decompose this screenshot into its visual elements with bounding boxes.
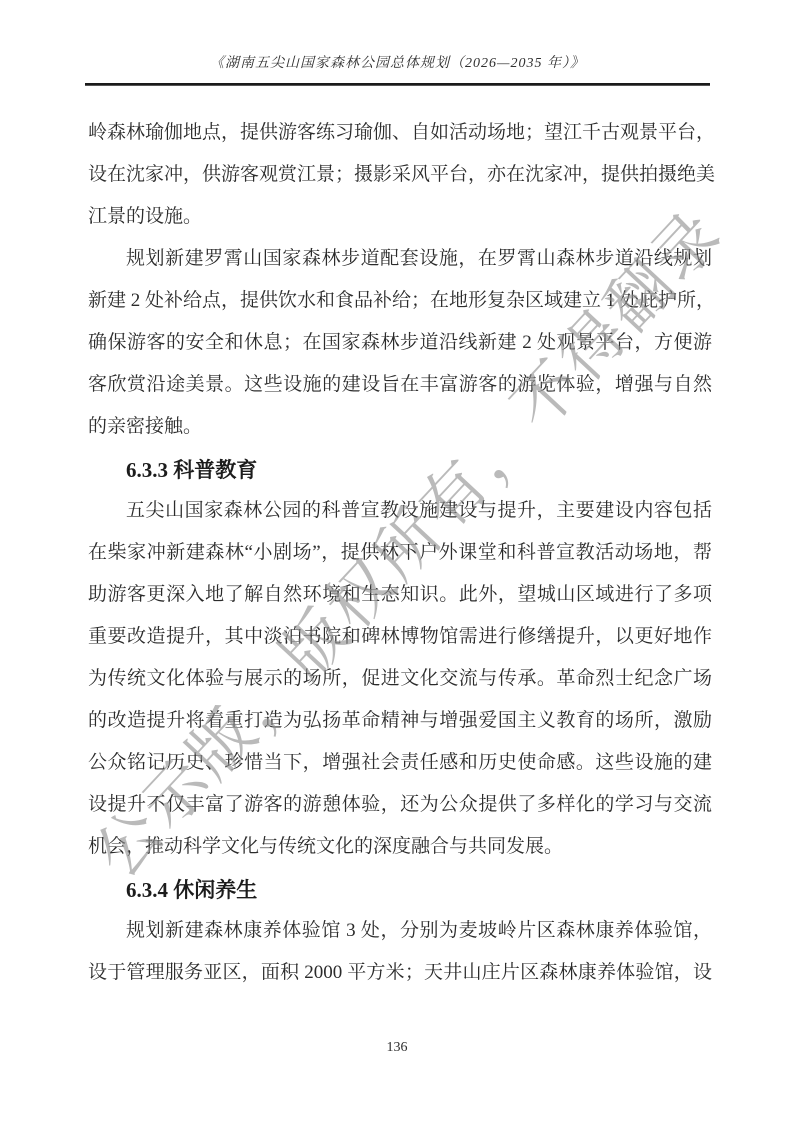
text-line: 重要改造提升，其中淡泊书院和碑林博物馆需进行修缮提升，以更好地作 [88,616,712,658]
text-line: 五尖山国家森林公园的科普宣教设施建设与提升，主要建设内容包括 [88,490,712,532]
page-number: 136 [387,1040,408,1055]
text-line: 为传统文化体验与展示的场所，促进文化交流与传承。革命烈士纪念广场 [88,658,712,700]
paragraph: 规划新建森林康养体验馆 3 处，分别为麦坡岭片区森林康养体验馆， 设于管理服务亚… [88,910,712,994]
text-line: 的亲密接触。 [88,406,712,448]
text-line: 确保游客的安全和休息；在国家森林步道沿线新建 2 处观景平台，方便游 [88,322,712,364]
page-footer: 136 [0,1040,794,1056]
text-line: 规划新建罗霄山国家森林步道配套设施，在罗霄山森林步道沿线规划 [88,238,712,280]
header-rule [85,83,710,86]
text-line: 规划新建森林康养体验馆 3 处，分别为麦坡岭片区森林康养体验馆， [88,910,712,952]
text-line: 机会，推动科学文化与传统文化的深度融合与共同发展。 [88,826,712,868]
page-header: 《湖南五尖山国家森林公园总体规划（2026—2035 年）》 [85,0,710,86]
text-line: 在柴家冲新建森林“小剧场”，提供林下户外课堂和科普宣教活动场地，帮 [88,532,712,574]
text-line: 的改造提升将着重打造为弘扬革命精神与增强爱国主义教育的场所，激励 [88,700,712,742]
text-line: 新建 2 处补给点，提供饮水和食品补给；在地形复杂区域建立 1 处庇护所， [88,280,712,322]
paragraph: 规划新建罗霄山国家森林步道配套设施，在罗霄山森林步道沿线规划 新建 2 处补给点… [88,238,712,448]
document-page: 《湖南五尖山国家森林公园总体规划（2026—2035 年）》 岭森林瑜伽地点，提… [0,0,794,1122]
text-line: 客欣赏沿途美景。这些设施的建设旨在丰富游客的游览体验，增强与自然 [88,364,712,406]
paragraph-continuation: 岭森林瑜伽地点，提供游客练习瑜伽、自如活动场地；望江千古观景平台， 设在沈家冲，… [88,112,712,238]
text-line: 助游客更深入地了解自然环境和生态知识。此外，望城山区域进行了多项 [88,574,712,616]
paragraph: 五尖山国家森林公园的科普宣教设施建设与提升，主要建设内容包括 在柴家冲新建森林“… [88,490,712,868]
section-heading-6-3-4: 6.3.4 休闲养生 [88,868,712,910]
section-heading-6-3-3: 6.3.3 科普教育 [88,448,712,490]
text-line: 设提升不仅丰富了游客的游憩体验，还为公众提供了多样化的学习与交流 [88,784,712,826]
text-line: 设在沈家冲，供游客观赏江景；摄影采风平台，亦在沈家冲，提供拍摄绝美 [88,154,712,196]
text-line: 设于管理服务亚区，面积 2000 平方米；天井山庄片区森林康养体验馆，设 [88,952,712,994]
text-line: 公众铭记历史、珍惜当下，增强社会责任感和历史使命感。这些设施的建 [88,742,712,784]
text-line: 岭森林瑜伽地点，提供游客练习瑜伽、自如活动场地；望江千古观景平台， [88,112,712,154]
document-body: 岭森林瑜伽地点，提供游客练习瑜伽、自如活动场地；望江千古观景平台， 设在沈家冲，… [88,112,712,994]
header-title: 《湖南五尖山国家森林公园总体规划（2026—2035 年）》 [85,54,710,74]
text-line: 江景的设施。 [88,196,712,238]
